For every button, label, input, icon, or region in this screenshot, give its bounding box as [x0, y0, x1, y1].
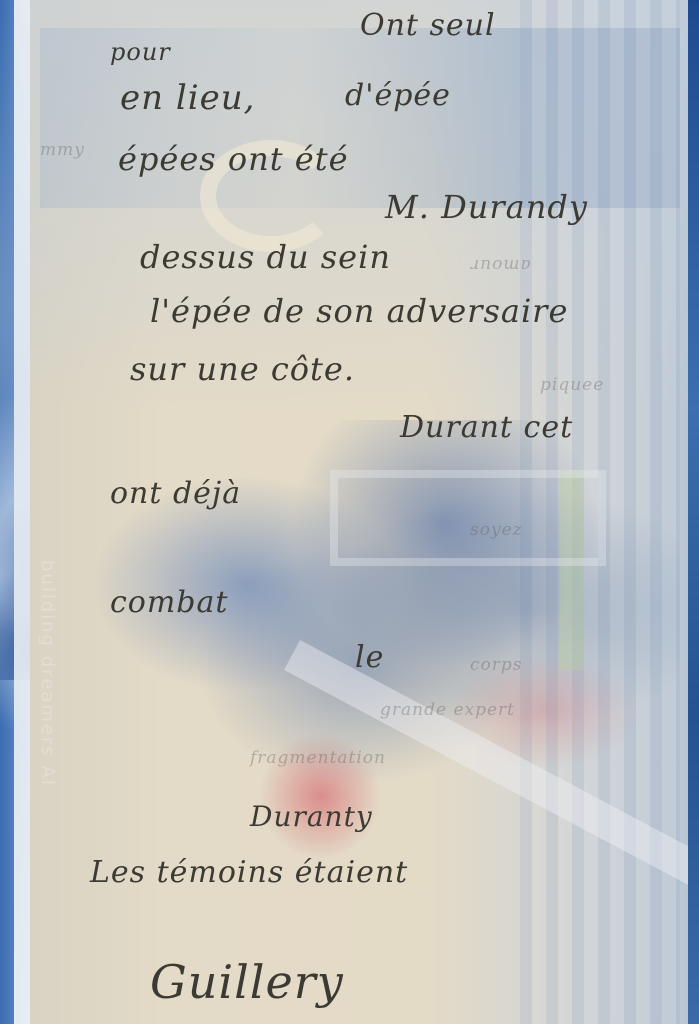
handwritten-line: Durant cet — [400, 410, 573, 445]
handwritten-line: combat — [110, 585, 228, 620]
handwritten-line: Guillery — [150, 955, 344, 1009]
handwritten-line: Les témoins étaient — [90, 855, 408, 890]
light-frame-box — [330, 470, 606, 566]
faint-script: piquee — [540, 375, 604, 395]
handwritten-line: Duranty — [250, 800, 373, 833]
handwritten-line: en lieu, — [120, 78, 255, 118]
handwritten-line: M. Durandy — [385, 188, 588, 226]
handwritten-line: sur une côte. — [130, 350, 355, 388]
right-blue-edge — [688, 0, 699, 1024]
handwritten-line: l'épée de son adversaire — [150, 292, 568, 330]
faint-script: amour — [470, 255, 531, 275]
vertical-overlay-text: building dreamers AI — [34, 560, 58, 900]
handwritten-line: d'épée — [345, 78, 451, 113]
faint-script: soyez — [470, 520, 523, 540]
handwritten-line: ont déjà — [110, 476, 241, 511]
faint-script: corps — [470, 655, 523, 675]
handwritten-line: pour — [110, 38, 171, 66]
faint-script: grande expert — [380, 700, 515, 720]
handwritten-line: Ont seul — [360, 8, 496, 43]
faint-script: mmy — [40, 140, 85, 160]
handwritten-line: dessus du sein — [140, 238, 391, 276]
handwritten-line: le — [355, 640, 384, 675]
handwritten-line: épées ont été — [118, 140, 349, 178]
faint-script: fragmentation — [250, 748, 386, 768]
